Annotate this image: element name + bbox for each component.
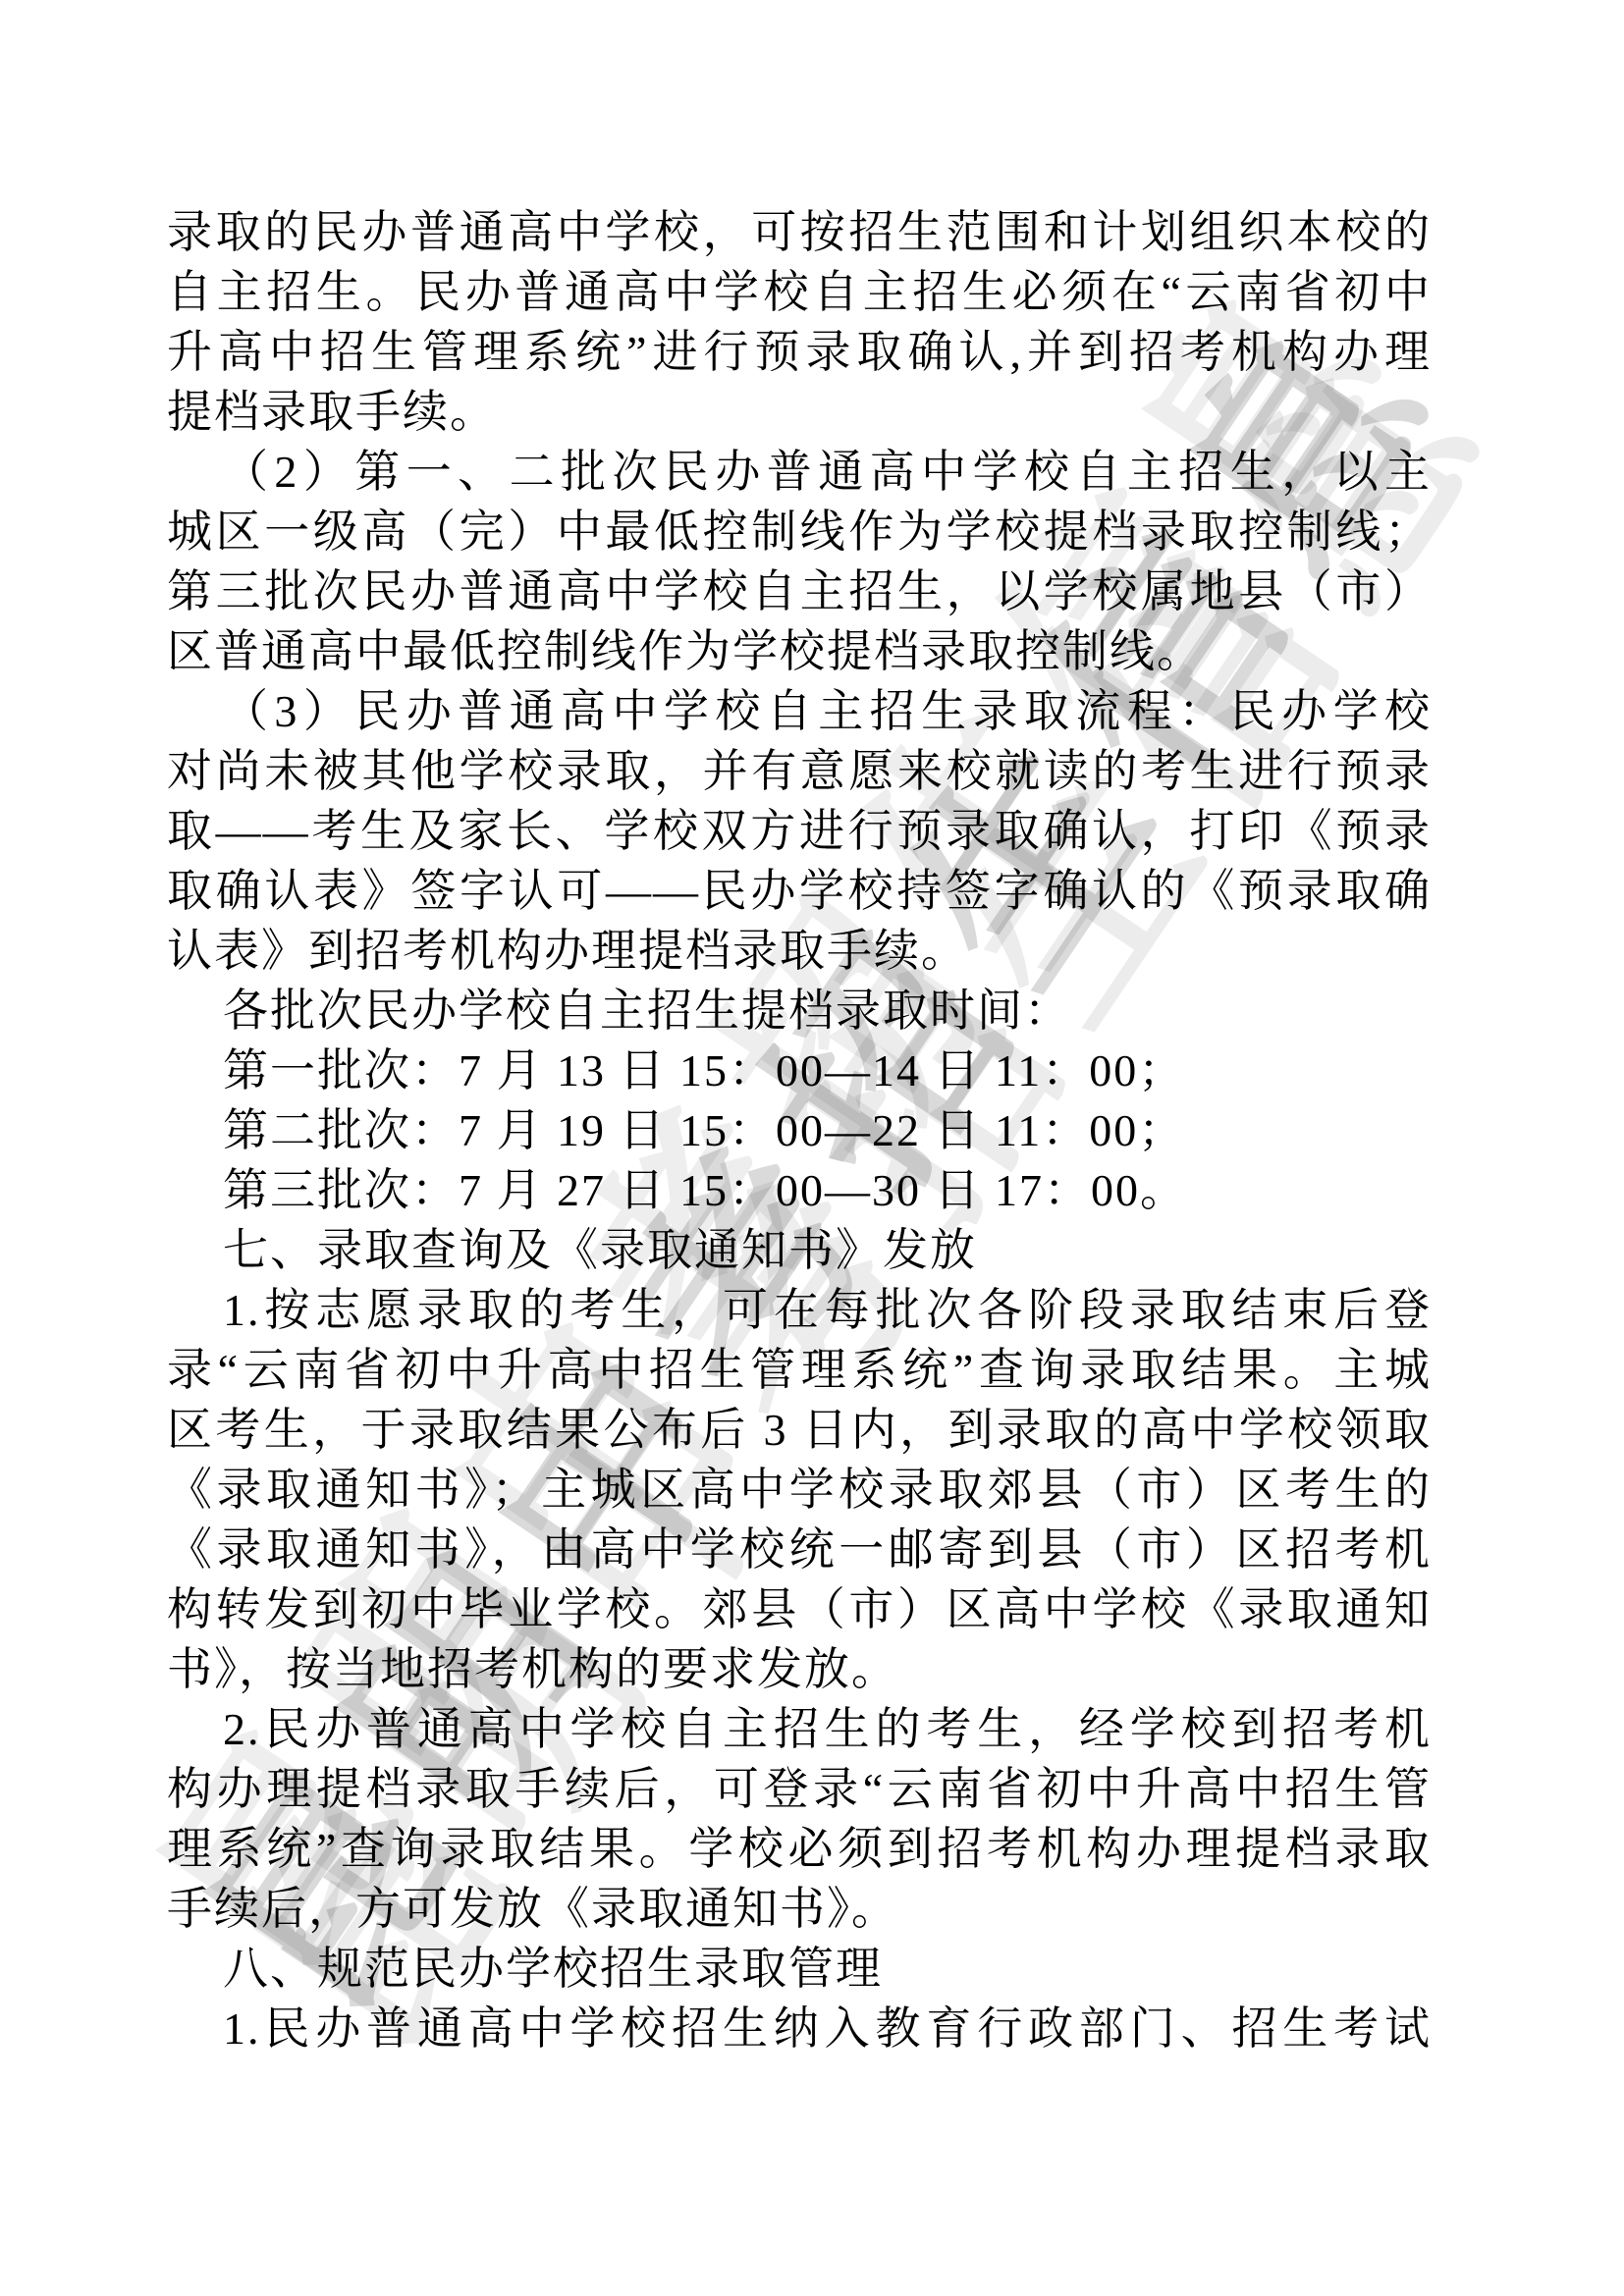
- text-line: 《录取通知书》，由高中学校统一邮寄到县（市）区招考机: [167, 1520, 1432, 1579]
- text-line: 区考生，于录取结果公布后 3 日内，到录取的高中学校领取: [167, 1400, 1432, 1460]
- text-line: 认表》到招考机构办理提档录取手续。: [167, 921, 1432, 981]
- text-line: 对尚未被其他学校录取，并有意愿来校就读的考生进行预录: [167, 741, 1432, 801]
- text-line: 区普通高中最低控制线作为学校提档录取控制线。: [167, 621, 1432, 681]
- text-line: 手续后，方可发放《录取通知书》。: [167, 1879, 1432, 1939]
- text-line: 构转发到初中毕业学校。郊县（市）区高中学校《录取通知: [167, 1579, 1432, 1639]
- text-line: 升高中招生管理系统”进行预录取确认,并到招考机构办理: [167, 322, 1432, 382]
- text-line: （2）第一、二批次民办普通高中学校自主招生，以主: [167, 442, 1432, 502]
- text-line: 城区一级高（完）中最低控制线作为学校提档录取控制线；: [167, 502, 1432, 561]
- text-line: 第二批次：7 月 19 日 15：00—22 日 11：00；: [167, 1100, 1432, 1160]
- text-line: 各批次民办学校自主招生提档录取时间：: [167, 981, 1432, 1041]
- text-line: 书》，按当地招考机构的要求发放。: [167, 1639, 1432, 1699]
- text-line: 第三批次：7 月 27 日 15：00—30 日 17：00。: [167, 1160, 1432, 1220]
- text-line: 《录取通知书》；主城区高中学校录取郊县（市）区考生的: [167, 1460, 1432, 1520]
- text-line: 录“云南省初中升高中招生管理系统”查询录取结果。主城: [167, 1340, 1432, 1400]
- text-line: 构办理提档录取手续后，可登录“云南省初中升高中招生管: [167, 1759, 1432, 1819]
- text-line: （3）民办普通高中学校自主招生录取流程：民办学校: [167, 681, 1432, 741]
- text-line: 提档录取手续。: [167, 382, 1432, 442]
- text-line: 自主招生。民办普通高中学校自主招生必须在“云南省初中: [167, 262, 1432, 322]
- text-line: 录取的民办普通高中学校，可按招生范围和计划组织本校的: [167, 202, 1432, 262]
- text-line: 第三批次民办普通高中学校自主招生，以学校属地县（市）: [167, 561, 1432, 621]
- text-line: 1.民办普通高中学校招生纳入教育行政部门、招生考试: [167, 1999, 1432, 2058]
- text-line: 取确认表》签字认可——民办学校持签字确认的《预录取确: [167, 861, 1432, 921]
- text-line: 第一批次：7 月 13 日 15：00—14 日 11：00；: [167, 1041, 1432, 1100]
- document-page: 录取的民办普通高中学校，可按招生范围和计划组织本校的 自主招生。民办普通高中学校…: [167, 202, 1432, 2058]
- text-line: 取——考生及家长、学校双方进行预录取确认，打印《预录: [167, 801, 1432, 861]
- text-line: 2.民办普通高中学校自主招生的考生，经学校到招考机: [167, 1699, 1432, 1759]
- text-line: 七、录取查询及《录取通知书》发放: [167, 1220, 1432, 1280]
- text-line: 1.按志愿录取的考生，可在每批次各阶段录取结束后登: [167, 1280, 1432, 1340]
- text-line: 八、规范民办学校招生录取管理: [167, 1939, 1432, 1999]
- text-line: 理系统”查询录取结果。学校必须到招考机构办理提档录取: [167, 1819, 1432, 1879]
